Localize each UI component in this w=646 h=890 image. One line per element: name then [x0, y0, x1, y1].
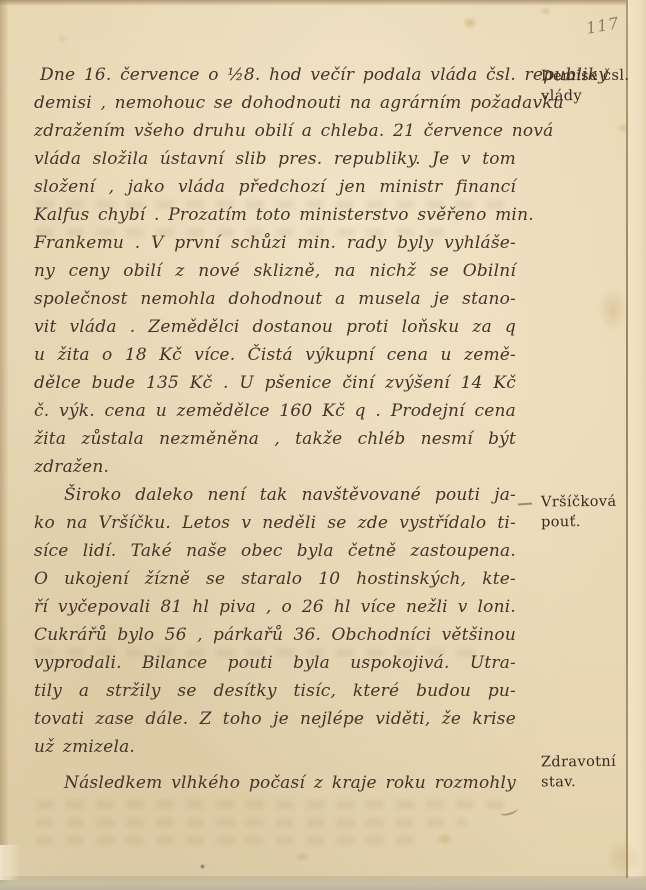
- margin-note-demise-vlady: Demise čsl. vlády: [541, 66, 641, 107]
- manuscript-line: Kalfus chybí . Prozatím toto ministerstv…: [34, 201, 516, 229]
- foxing-spot: [56, 34, 68, 44]
- manuscript-line: společnost nemohla dohodnout a musela je…: [34, 285, 516, 313]
- foxing-spot: [540, 6, 552, 16]
- margin-note-zdravotni-stav: Zdravotní stav.: [541, 752, 641, 793]
- manuscript-line: složení , jako vláda předchozí jen minis…: [34, 173, 516, 201]
- manuscript-line: Cukrářů bylo 56 , párkařů 36. Obchodníci…: [34, 621, 516, 649]
- manuscript-line: vyprodali. Bilance pouti byla uspokojivá…: [34, 649, 516, 677]
- margin-note-line: Vršíčková: [541, 492, 641, 513]
- manuscript-line: tily a stržily se desítky tisíc, které b…: [34, 677, 516, 705]
- manuscript-line: ny ceny obilí z nové sklizně, na nichž s…: [34, 257, 516, 285]
- margin-note-line: vlády: [541, 86, 641, 107]
- manuscript-line: Následkem vlhkého počasí z kraje roku ro…: [34, 769, 516, 797]
- page-corner-highlight: [0, 845, 20, 880]
- manuscript-line: už zmizela.: [34, 733, 516, 761]
- manuscript-line: ří vyčepovali 81 hl piva , o 26 hl více …: [34, 593, 516, 621]
- manuscript-line: zdražen.: [34, 453, 516, 481]
- manuscript-line: ko na Vršíčku. Letos v neděli se zde vys…: [34, 509, 516, 537]
- manuscript-line: Dne 16. července o ½8. hod večír podala …: [34, 61, 516, 89]
- ink-bleedthrough: [36, 818, 466, 827]
- page-bottom-edge: [0, 876, 646, 890]
- manuscript-line: vláda složila ústavní slib pres. republi…: [34, 145, 516, 173]
- margin-note-line: Demise čsl.: [541, 66, 641, 87]
- manuscript-line: žita zůstala nezměněna , takže chléb nes…: [34, 425, 516, 453]
- margin-note-line: stav.: [541, 772, 641, 793]
- manuscript-text-block: Dne 16. července o ½8. hod večír podala …: [34, 61, 516, 797]
- ink-bleedthrough: [36, 800, 506, 809]
- manuscript-line: Široko daleko není tak navštěvované pout…: [34, 481, 516, 509]
- page-number: 117: [585, 13, 621, 38]
- manuscript-line: Frankemu . V první schůzi min. rady byly…: [34, 229, 516, 257]
- manuscript-line: demisi , nemohouc se dohodnouti na agrár…: [34, 89, 516, 117]
- manuscript-line: O ukojení žízně se staralo 10 hostinskýc…: [34, 565, 516, 593]
- pencil-dash-mark: [518, 503, 532, 506]
- adjacent-page-strip: [628, 0, 646, 878]
- foxing-spot: [462, 16, 478, 30]
- manuscript-line: vit vláda . Zemědělci dostanou proti loň…: [34, 313, 516, 341]
- ink-speck: [200, 864, 205, 869]
- manuscript-line: u žita o 18 Kč více. Čistá výkupní cena …: [34, 341, 516, 369]
- margin-note-line: Zdravotní: [541, 752, 641, 773]
- manuscript-line: č. výk. cena u zemědělce 160 Kč q . Prod…: [34, 397, 516, 425]
- margin-note-vrsickova-pout: Vršíčková pouť.: [541, 492, 641, 533]
- page-top-edge: [0, 0, 646, 6]
- page-left-edge: [0, 0, 9, 890]
- manuscript-line: dělce bude 135 Kč . U pšenice činí zvýše…: [34, 369, 516, 397]
- foxing-spot: [598, 288, 628, 332]
- chronicle-page-scan: 117 Dne 16. července o ½8. hod večír pod…: [0, 0, 646, 890]
- manuscript-line: síce lidí. Také naše obec byla četně zas…: [34, 537, 516, 565]
- manuscript-line: tovati zase dále. Z toho je nejlépe vidě…: [34, 705, 516, 733]
- page-fold-line: [626, 0, 628, 878]
- ink-bleedthrough: [36, 836, 416, 845]
- foxing-spot: [294, 852, 310, 862]
- manuscript-line: zdražením všeho druhu obilí a chleba. 21…: [34, 117, 516, 145]
- foxing-spot: [436, 832, 454, 846]
- margin-note-line: pouť.: [541, 512, 641, 533]
